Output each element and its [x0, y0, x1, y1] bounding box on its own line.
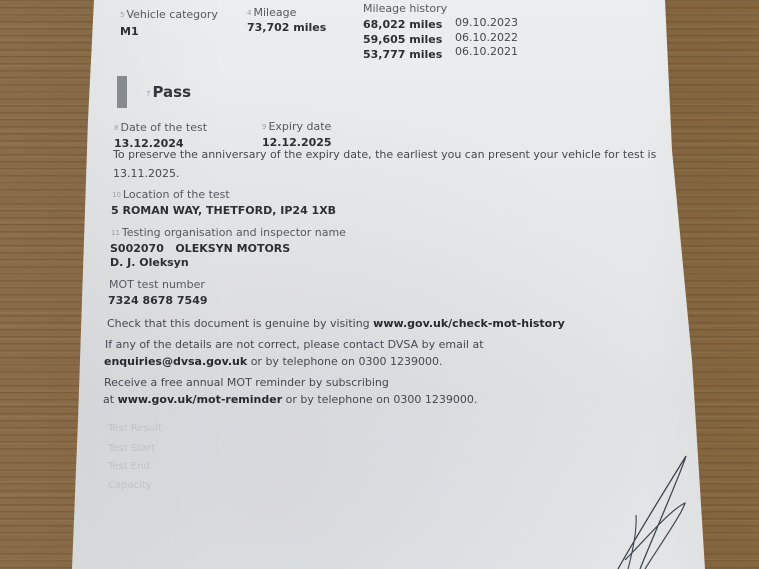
signature [0, 0, 759, 569]
